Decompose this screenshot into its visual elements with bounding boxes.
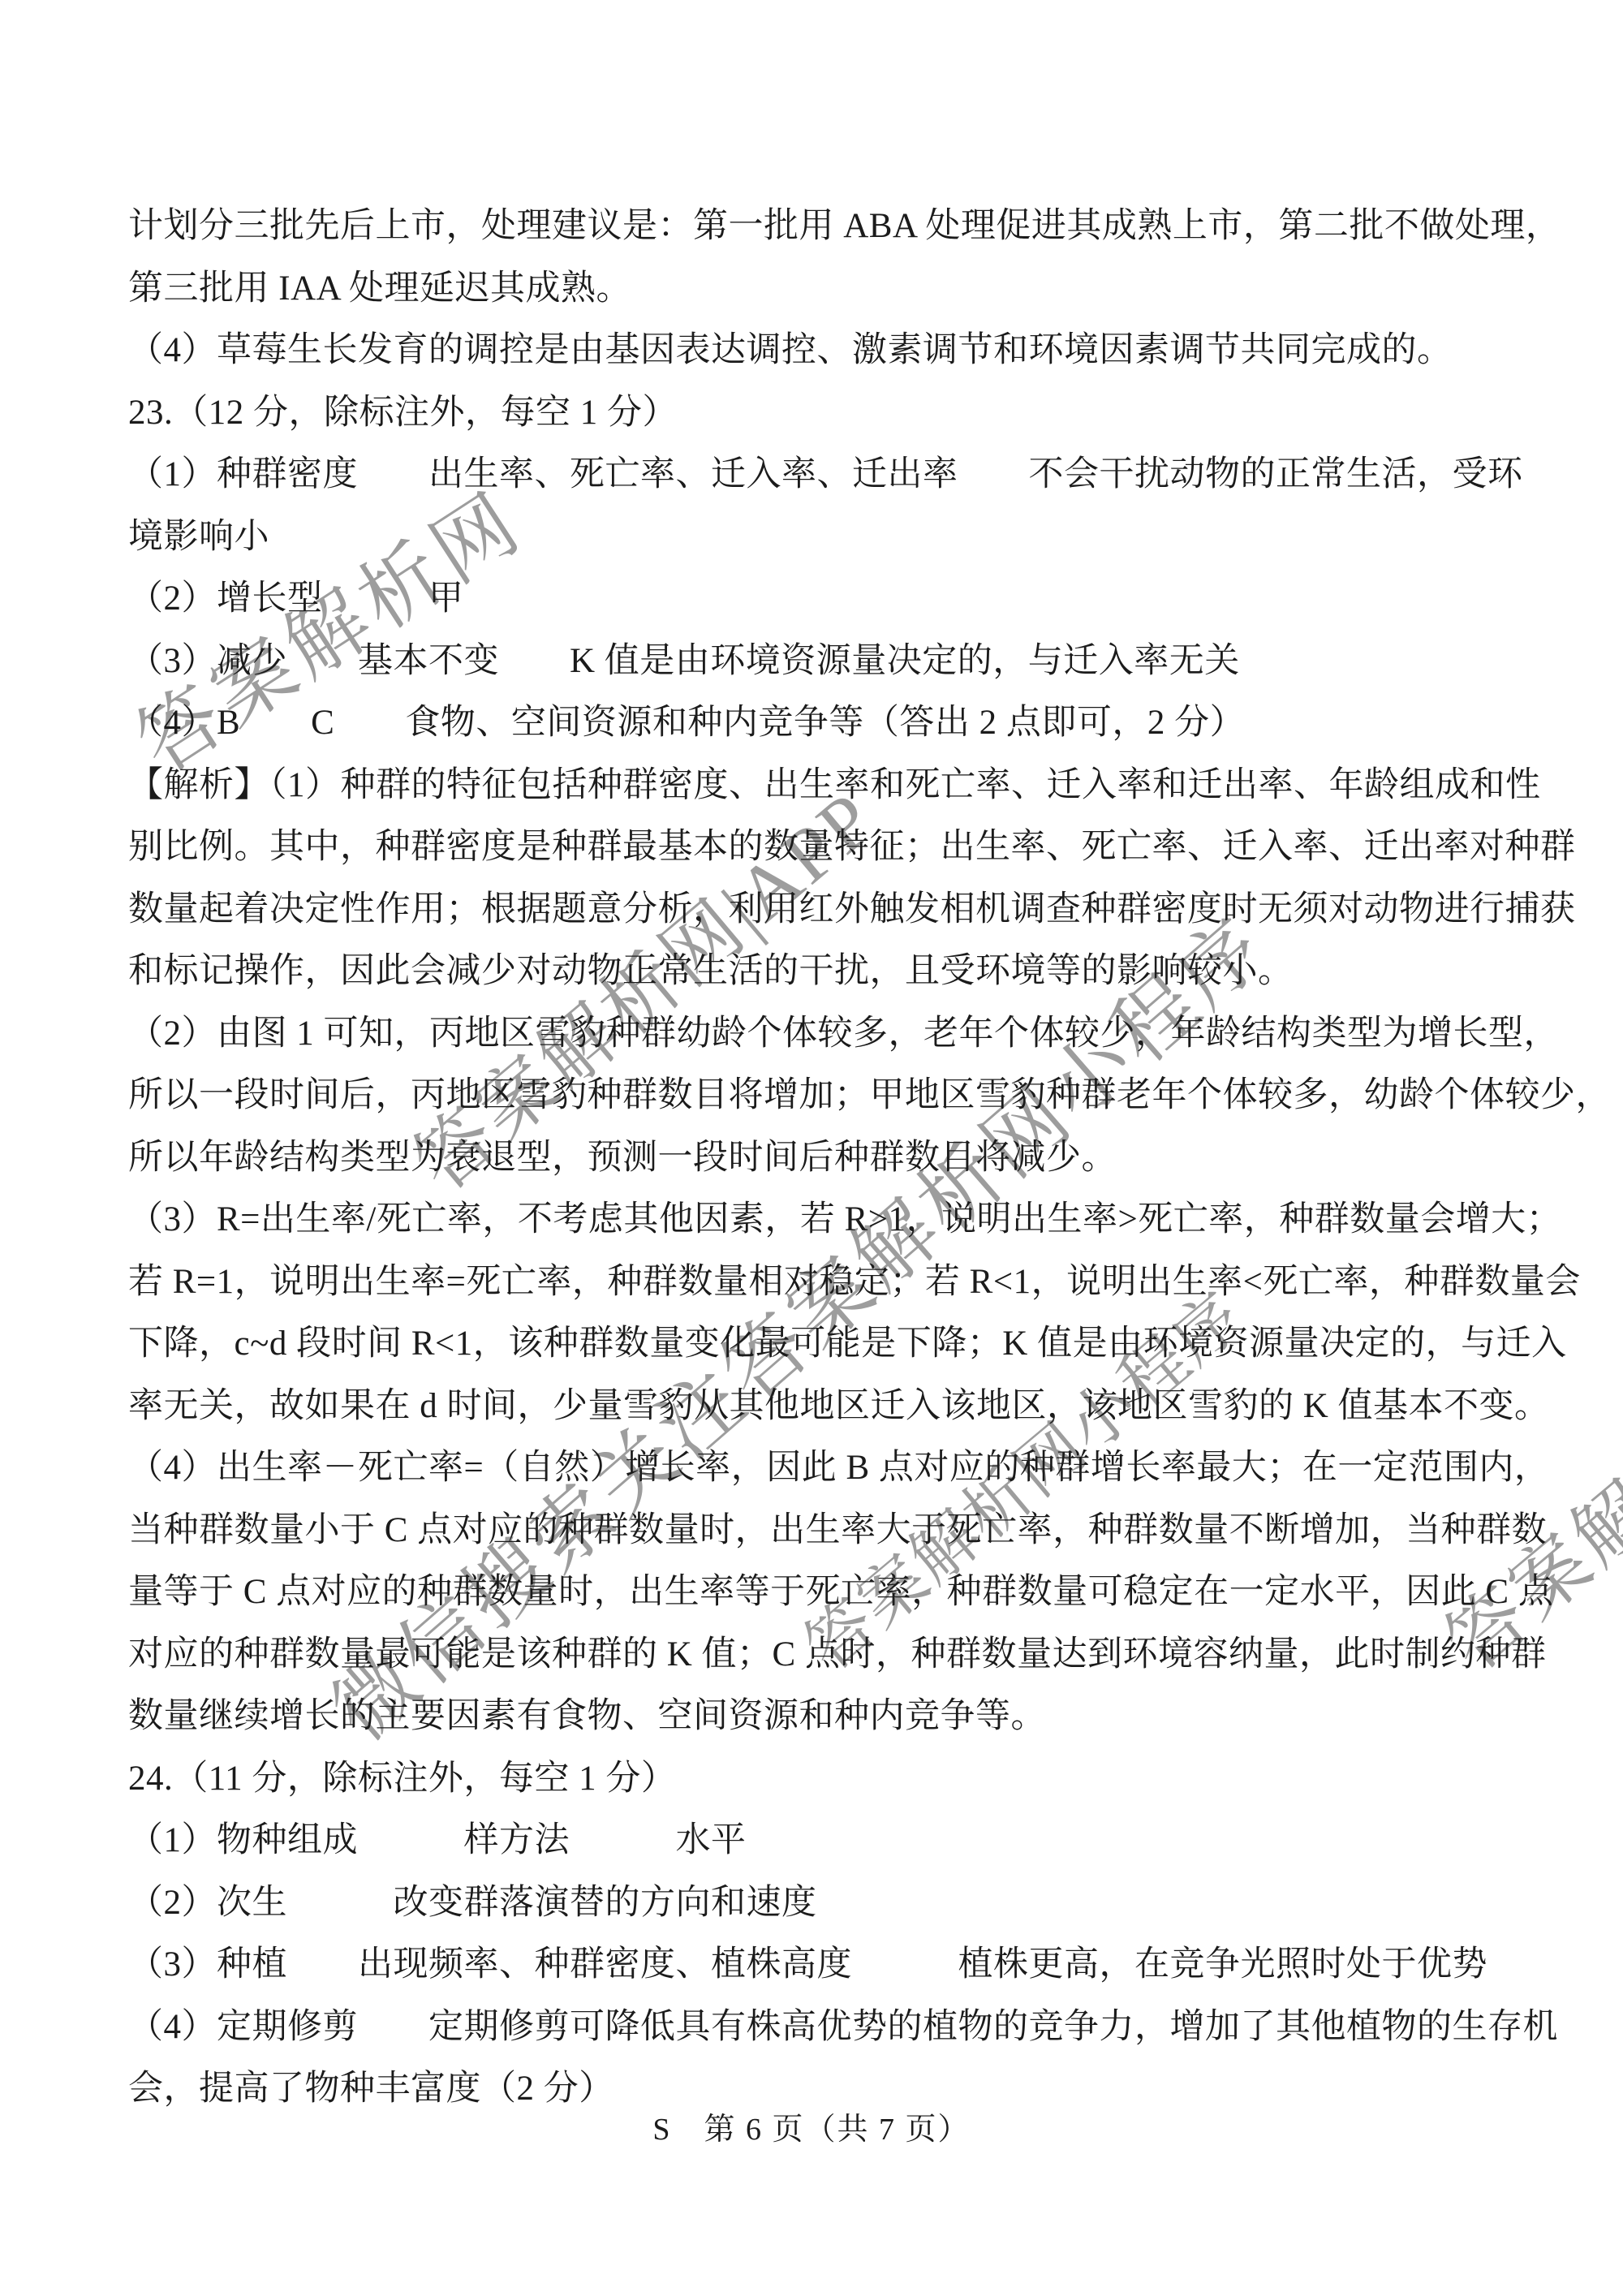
text-line: 第三批用 IAA 处理延迟其成熟。: [128, 258, 1535, 321]
answer-key-text: 计划分三批先后上市，处理建议是：第一批用 ABA 处理促进其成熟上市，第二批不做…: [128, 196, 1535, 2121]
text-line: （1）种群密度 出生率、死亡率、迁入率、迁出率 不会干扰动物的正常生活，受环: [128, 444, 1535, 506]
text-line: 量等于 C 点对应的种群数量时，出生率等于死亡率，种群数量可稳定在一定水平，因此…: [128, 1562, 1535, 1624]
text-line: 所以年龄结构类型为衰退型，预测一段时间后种群数目将减少。: [128, 1127, 1535, 1190]
text-line: （2）增长型 甲: [128, 568, 1535, 631]
text-line: （3）R=出生率/死亡率，不考虑其他因素，若 R>1，说明出生率>死亡率，种群数…: [128, 1189, 1535, 1251]
text-line: （3）种植 出现频率、种群密度、植株高度 植株更高，在竞争光照时处于优势: [128, 1934, 1535, 1997]
text-line: 23.（12 分，除标注外，每空 1 分）: [128, 382, 1535, 445]
text-line: 下降，c~d 段时间 R<1，该种群数量变化最可能是下降；K 值是由环境资源量决…: [128, 1313, 1535, 1376]
text-line: （1）物种组成 样方法 水平: [128, 1810, 1535, 1872]
text-line: 和标记操作，因此会减少对动物正常生活的干扰，且受环境等的影响较小。: [128, 941, 1535, 1003]
text-line: （4）草莓生长发育的调控是由基因表达调控、激素调节和环境因素调节共同完成的。: [128, 320, 1535, 382]
text-line: 数量起着决定性作用；根据题意分析，利用红外触发相机调查种群密度时无须对动物进行捕…: [128, 879, 1535, 941]
text-line: （3）减少 基本不变 K 值是由环境资源量决定的，与迁入率无关: [128, 631, 1535, 693]
text-line: 当种群数量小于 C 点对应的种群数量时，出生率大于死亡率，种群数量不断增加，当种…: [128, 1500, 1535, 1562]
text-line: 境影响小: [128, 506, 1535, 569]
text-line: 所以一段时间后，丙地区雪豹种群数目将增加；甲地区雪豹种群老年个体较多，幼龄个体较…: [128, 1065, 1535, 1127]
text-line: 24.（11 分，除标注外，每空 1 分）: [128, 1748, 1535, 1811]
text-line: 率无关，故如果在 d 时间，少量雪豹从其他地区迁入该地区，该地区雪豹的 K 值基…: [128, 1376, 1535, 1438]
text-line: 别比例。其中，种群密度是种群最基本的数量特征；出生率、死亡率、迁入率、迁出率对种…: [128, 816, 1535, 879]
document-page: 答案解析网 答案解析网|APP 微信搜索关注答案解析网小程序 答案解析网小程序 …: [0, 0, 1623, 2296]
text-line: 对应的种群数量最可能是该种群的 K 值；C 点时，种群数量达到环境容纳量，此时制…: [128, 1624, 1535, 1686]
text-line: 数量继续增长的主要因素有食物、空间资源和种内竞争等。: [128, 1686, 1535, 1748]
text-line: 【解析】（1）种群的特征包括种群密度、出生率和死亡率、迁入率和迁出率、年龄组成和…: [128, 755, 1535, 817]
page-footer: S 第 6 页（共 7 页）: [0, 2104, 1623, 2148]
text-line: （2）次生 改变群落演替的方向和速度: [128, 1872, 1535, 1935]
text-line: （2）由图 1 可知，丙地区雪豹种群幼龄个体较多，老年个体较少，年龄结构类型为增…: [128, 1003, 1535, 1066]
text-line: 若 R=1，说明出生率=死亡率，种群数量相对稳定；若 R<1，说明出生率<死亡率…: [128, 1251, 1535, 1314]
text-line: （4）B C 食物、空间资源和种内竞争等（答出 2 点即可，2 分）: [128, 692, 1535, 755]
text-line: 计划分三批先后上市，处理建议是：第一批用 ABA 处理促进其成熟上市，第二批不做…: [128, 196, 1535, 258]
text-line: （4）定期修剪 定期修剪可降低具有株高优势的植物的竞争力，增加了其他植物的生存机: [128, 1997, 1535, 2059]
text-line: （4）出生率－死亡率=（自然）增长率，因此 B 点对应的种群增长率最大；在一定范…: [128, 1437, 1535, 1500]
